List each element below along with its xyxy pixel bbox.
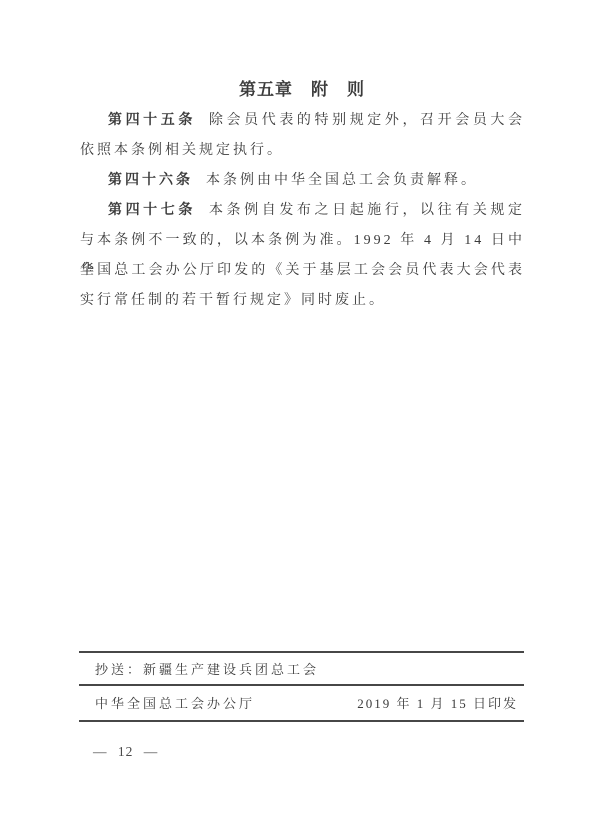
article-text: 除会员代表的特别规定外，召开会员大会 [209, 113, 525, 128]
body-line: 第四十五条除会员代表的特别规定外，召开会员大会 [80, 106, 525, 136]
footer-issue-row: 中华全国总工会办公厅 2019 年 1 月 15 日印发 [79, 685, 524, 720]
body-line: 依照本条例相关规定执行。 [80, 136, 525, 166]
body-line: 全国总工会办公厅印发的《关于基层工会会员代表大会代表 [80, 256, 525, 286]
document-page: 第五章 附 则 第四十五条除会员代表的特别规定外，召开会员大会 依照本条例相关规… [0, 0, 604, 827]
chapter-heading: 第五章 附 则 [0, 78, 604, 102]
article-number: 第四十六条 [108, 173, 193, 188]
body-line: 第四十七条本条例自发布之日起施行，以往有关规定 [80, 196, 525, 226]
document-body: 第四十五条除会员代表的特别规定外，召开会员大会 依照本条例相关规定执行。 第四十… [80, 106, 525, 316]
body-line: 实行常任制的若干暂行规定》同时废止。 [80, 286, 525, 316]
article-number: 第四十七条 [108, 203, 196, 218]
footer-cc-row: 抄送：新疆生产建设兵团总工会 [79, 652, 524, 684]
page-number: — 12 — [93, 744, 158, 760]
article-number: 第四十五条 [108, 113, 196, 128]
footer-rule-bottom [79, 720, 524, 722]
article-text: 本条例由中华全国总工会负责解释。 [206, 173, 478, 188]
footer-cc-text: 抄送：新疆生产建设兵团总工会 [95, 659, 319, 678]
footer-issuer: 中华全国总工会办公厅 [95, 693, 255, 712]
body-line: 与本条例不一致的，以本条例为准。1992 年 4 月 14 日中华 [80, 226, 525, 256]
footer-print-date: 2019 年 1 月 15 日印发 [357, 693, 518, 712]
body-line: 第四十六条本条例由中华全国总工会负责解释。 [80, 166, 525, 196]
article-text: 本条例自发布之日起施行，以往有关规定 [209, 203, 525, 218]
